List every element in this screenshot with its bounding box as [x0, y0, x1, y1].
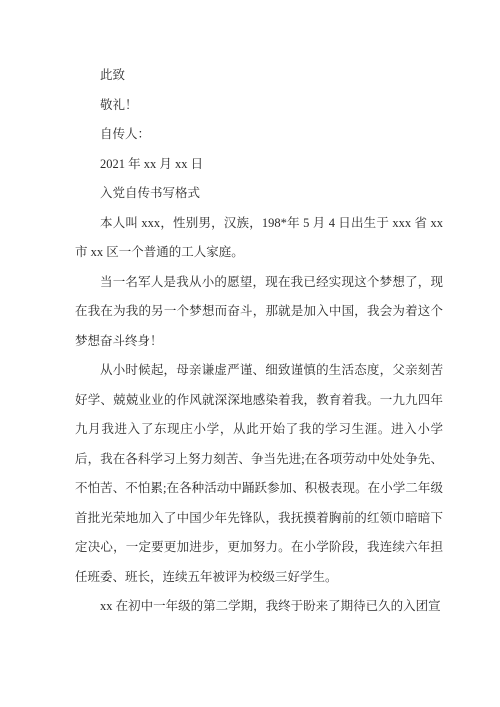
paragraph-middle-school: xx 在初中一年级的第二学期，我终于盼来了期待已久的入团宣: [75, 592, 443, 622]
document-body: 此致 敬礼！ 自传人： 2021 年 xx 月 xx 日 入党自传书写格式 本人…: [0, 0, 500, 707]
paragraph-dream: 当一名军人是我从小的愿望，现在我已经实现这个梦想了，现在我在为我的另一个梦想而奋…: [75, 268, 443, 357]
section-title: 入党自传书写格式: [75, 179, 443, 209]
paragraph-childhood: 从小时候起，母亲谦虚严谨、细致谨慎的生活态度，父亲刻苦好学、兢兢业业的作风就深深…: [75, 356, 443, 592]
salute-line: 敬礼！: [75, 91, 443, 121]
date-line: 2021 年 xx 月 xx 日: [75, 150, 443, 180]
paragraph-intro: 本人叫 xxx，性别男，汉族，198*年 5 月 4 日出生于 xxx 省 xx…: [75, 209, 443, 268]
signature-label: 自传人：: [75, 120, 443, 150]
closing-line: 此致: [75, 61, 443, 91]
document-page: { "page": { "background": "#ffffff", "te…: [0, 0, 500, 707]
